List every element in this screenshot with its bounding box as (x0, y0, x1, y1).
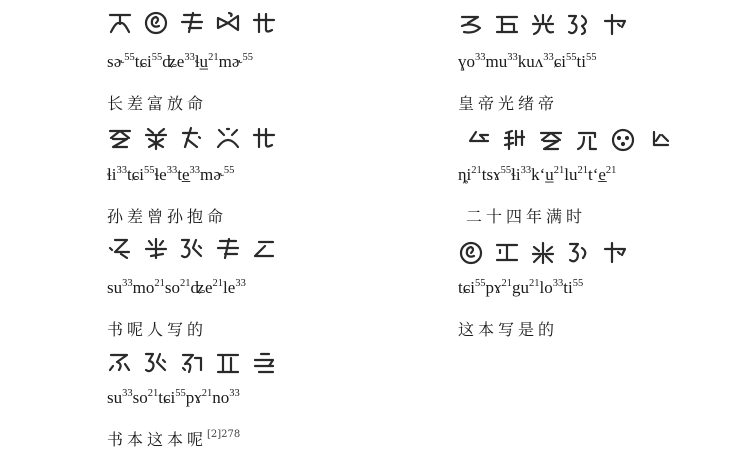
tone-number: 33 (543, 52, 554, 63)
chinese-gloss: 这本写是的 (458, 317, 558, 340)
ipa-syllable: ɣo (458, 52, 475, 71)
chinese-gloss: 书呢人写的 (107, 317, 207, 340)
tone-number: 55 (242, 52, 253, 63)
tone-number: 33 (122, 278, 133, 289)
tone-number: 55 (124, 52, 135, 63)
tone-number: 55 (475, 278, 486, 289)
ipa-syllable: kuʌ (518, 52, 544, 71)
chinese-gloss: 书本这本呢[2]278 (107, 427, 240, 450)
shui-glyph-1d-icon (215, 10, 241, 36)
tone-number: 55 (573, 278, 584, 289)
shui-glyph-5a-icon (458, 12, 484, 38)
gloss-text: 这本写是的 (458, 320, 558, 339)
shui-glyph-1b-icon (143, 10, 169, 36)
shui-glyph-row (107, 123, 277, 153)
ipa-syllable: tɕi (158, 388, 175, 407)
tone-number: 55 (152, 52, 163, 63)
shui-glyph-1c-icon (179, 10, 205, 36)
shui-glyph-4c-icon (179, 350, 205, 376)
ipa-syllable: mo (133, 278, 155, 297)
shui-glyph-row (458, 238, 628, 268)
ipa-syllable: tʻe̲ (588, 165, 606, 184)
ipa-syllable: ɬu̲ (195, 52, 208, 71)
tone-number: 21 (180, 278, 191, 289)
ipa-syllable: te̲ (177, 165, 189, 184)
shui-glyph-5d-icon (566, 12, 592, 38)
ipa-syllable: ɕi (554, 52, 566, 71)
ipa-transcription: su33mo21so21ʥe21le33 (107, 278, 246, 298)
chinese-gloss: 皇帝光绪帝 (458, 91, 558, 114)
ipa-syllable: pɤ (186, 388, 202, 407)
ipa-transcription: ȵi21tsɤ55ɬi33kʻu̲21lu21tʻe̲21 (458, 165, 616, 185)
shui-glyph-6c-icon (538, 127, 564, 153)
shui-glyph-row (466, 125, 672, 155)
ipa-syllable: tɕi (135, 52, 152, 71)
shui-glyph-7b-icon (494, 240, 520, 266)
tone-number: 33 (521, 165, 532, 176)
ipa-syllable: ɬe (154, 165, 166, 184)
chinese-gloss: 二十四年满时 (466, 204, 586, 227)
tone-number: 21 (502, 278, 513, 289)
shui-glyph-7a-icon (458, 240, 484, 266)
shui-glyph-5c-icon (530, 12, 556, 38)
shui-glyph-2e-icon (251, 125, 277, 151)
ipa-syllable: lu (564, 165, 577, 184)
shui-glyph-1a-icon (107, 10, 133, 36)
gloss-text: 书本这本呢 (107, 430, 207, 449)
tone-number: 33 (507, 52, 518, 63)
tone-number: 33 (167, 165, 178, 176)
shui-glyph-3e-icon (251, 236, 277, 262)
ipa-syllable: ʥe (162, 52, 184, 71)
tone-number: 33 (229, 388, 240, 399)
tone-number: 21 (471, 165, 482, 176)
tone-number: 55 (224, 165, 235, 176)
shui-glyph-4d-icon (215, 350, 241, 376)
tone-number: 21 (529, 278, 540, 289)
tone-number: 33 (235, 278, 246, 289)
tone-number: 55 (175, 388, 186, 399)
shui-glyph-5b-icon (494, 12, 520, 38)
ipa-transcription: sɚ55tɕi55ʥe33ɬu̲21mɚ55 (107, 52, 253, 72)
ipa-syllable: kʻu̲ (531, 165, 554, 184)
shui-glyph-3c-icon (179, 236, 205, 262)
tone-number: 21 (154, 278, 165, 289)
ipa-syllable: ʥe (190, 278, 212, 297)
ipa-syllable: no (212, 388, 229, 407)
ipa-syllable: mɚ (219, 52, 243, 71)
ipa-syllable: ti (577, 52, 586, 71)
shui-glyph-6d-icon (574, 127, 600, 153)
tone-number: 21 (208, 52, 219, 63)
tone-number: 33 (475, 52, 486, 63)
shui-glyph-2b-icon (143, 125, 169, 151)
shui-glyph-row (458, 10, 628, 40)
ipa-syllable: lo (540, 278, 553, 297)
tone-number: 55 (586, 52, 597, 63)
ipa-syllable: mɚ (200, 165, 224, 184)
ipa-syllable: ɬi (511, 165, 520, 184)
ipa-syllable: tsɤ (482, 165, 501, 184)
gloss-text: 书呢人写的 (107, 320, 207, 339)
gloss-text: 孙差曾孙抱命 (107, 207, 227, 226)
tone-number: 21 (606, 165, 617, 176)
shui-glyph-5e-icon (602, 12, 628, 38)
shui-glyph-row (107, 8, 277, 38)
shui-glyph-4e-icon (251, 350, 277, 376)
shui-glyph-row (107, 234, 277, 264)
shui-glyph-2c-icon (179, 125, 205, 151)
ipa-syllable: su (107, 388, 122, 407)
tone-number: 55 (566, 52, 577, 63)
ipa-syllable: tɕi (127, 165, 144, 184)
ipa-syllable: so (165, 278, 180, 297)
tone-number: 21 (202, 388, 213, 399)
shui-glyph-7c-icon (530, 240, 556, 266)
tone-number: 55 (144, 165, 155, 176)
ipa-syllable: ti (563, 278, 572, 297)
ipa-transcription: ɬi33tɕi55ɬe33te̲33mɚ55 (107, 165, 234, 185)
shui-glyph-4a-icon (107, 350, 133, 376)
chinese-gloss: 孙差曾孙抱命 (107, 204, 227, 227)
ipa-transcription: su33so21tɕi55pɤ21no33 (107, 388, 240, 408)
ipa-transcription: ɣo33mu33kuʌ33ɕi55ti55 (458, 52, 596, 72)
shui-glyph-7d-icon (566, 240, 592, 266)
tone-number: 55 (501, 165, 512, 176)
shui-glyph-row (107, 348, 277, 378)
ipa-syllable: ȵi (458, 165, 471, 184)
ipa-transcription: tɕi55pɤ21gu21lo33ti55 (458, 278, 583, 298)
tone-number: 33 (184, 52, 195, 63)
ipa-syllable: so (133, 388, 148, 407)
ipa-syllable: mu (486, 52, 508, 71)
shui-glyph-2d-icon (215, 125, 241, 151)
shui-glyph-3d-icon (215, 236, 241, 262)
shui-glyph-3a-icon (107, 236, 133, 262)
shui-glyph-6b-icon (502, 127, 528, 153)
tone-number: 21 (554, 165, 565, 176)
tone-number: 21 (148, 388, 159, 399)
tone-number: 21 (213, 278, 224, 289)
ipa-syllable: sɚ (107, 52, 124, 71)
shui-glyph-7e-icon (602, 240, 628, 266)
tone-number: 21 (577, 165, 588, 176)
shui-glyph-6a-icon (466, 127, 492, 153)
tone-number: 33 (190, 165, 201, 176)
gloss-text: 皇帝光绪帝 (458, 94, 558, 113)
tone-number: 33 (553, 278, 564, 289)
shui-glyph-4b-icon (143, 350, 169, 376)
ipa-syllable: pɤ (486, 278, 502, 297)
ipa-syllable: gu (512, 278, 529, 297)
shui-glyph-6e-icon (610, 127, 636, 153)
shui-glyph-1e-icon (251, 10, 277, 36)
tone-number: 33 (116, 165, 127, 176)
ipa-syllable: su (107, 278, 122, 297)
tone-number: 33 (122, 388, 133, 399)
footnote-reference[interactable]: [2]278 (207, 429, 240, 440)
gloss-text: 二十四年满时 (466, 207, 586, 226)
shui-glyph-6f-icon (646, 127, 672, 153)
ipa-syllable: tɕi (458, 278, 475, 297)
chinese-gloss: 长差富放命 (107, 91, 207, 114)
gloss-text: 长差富放命 (107, 94, 207, 113)
shui-glyph-2a-icon (107, 125, 133, 151)
shui-glyph-3b-icon (143, 236, 169, 262)
ipa-syllable: le (223, 278, 235, 297)
